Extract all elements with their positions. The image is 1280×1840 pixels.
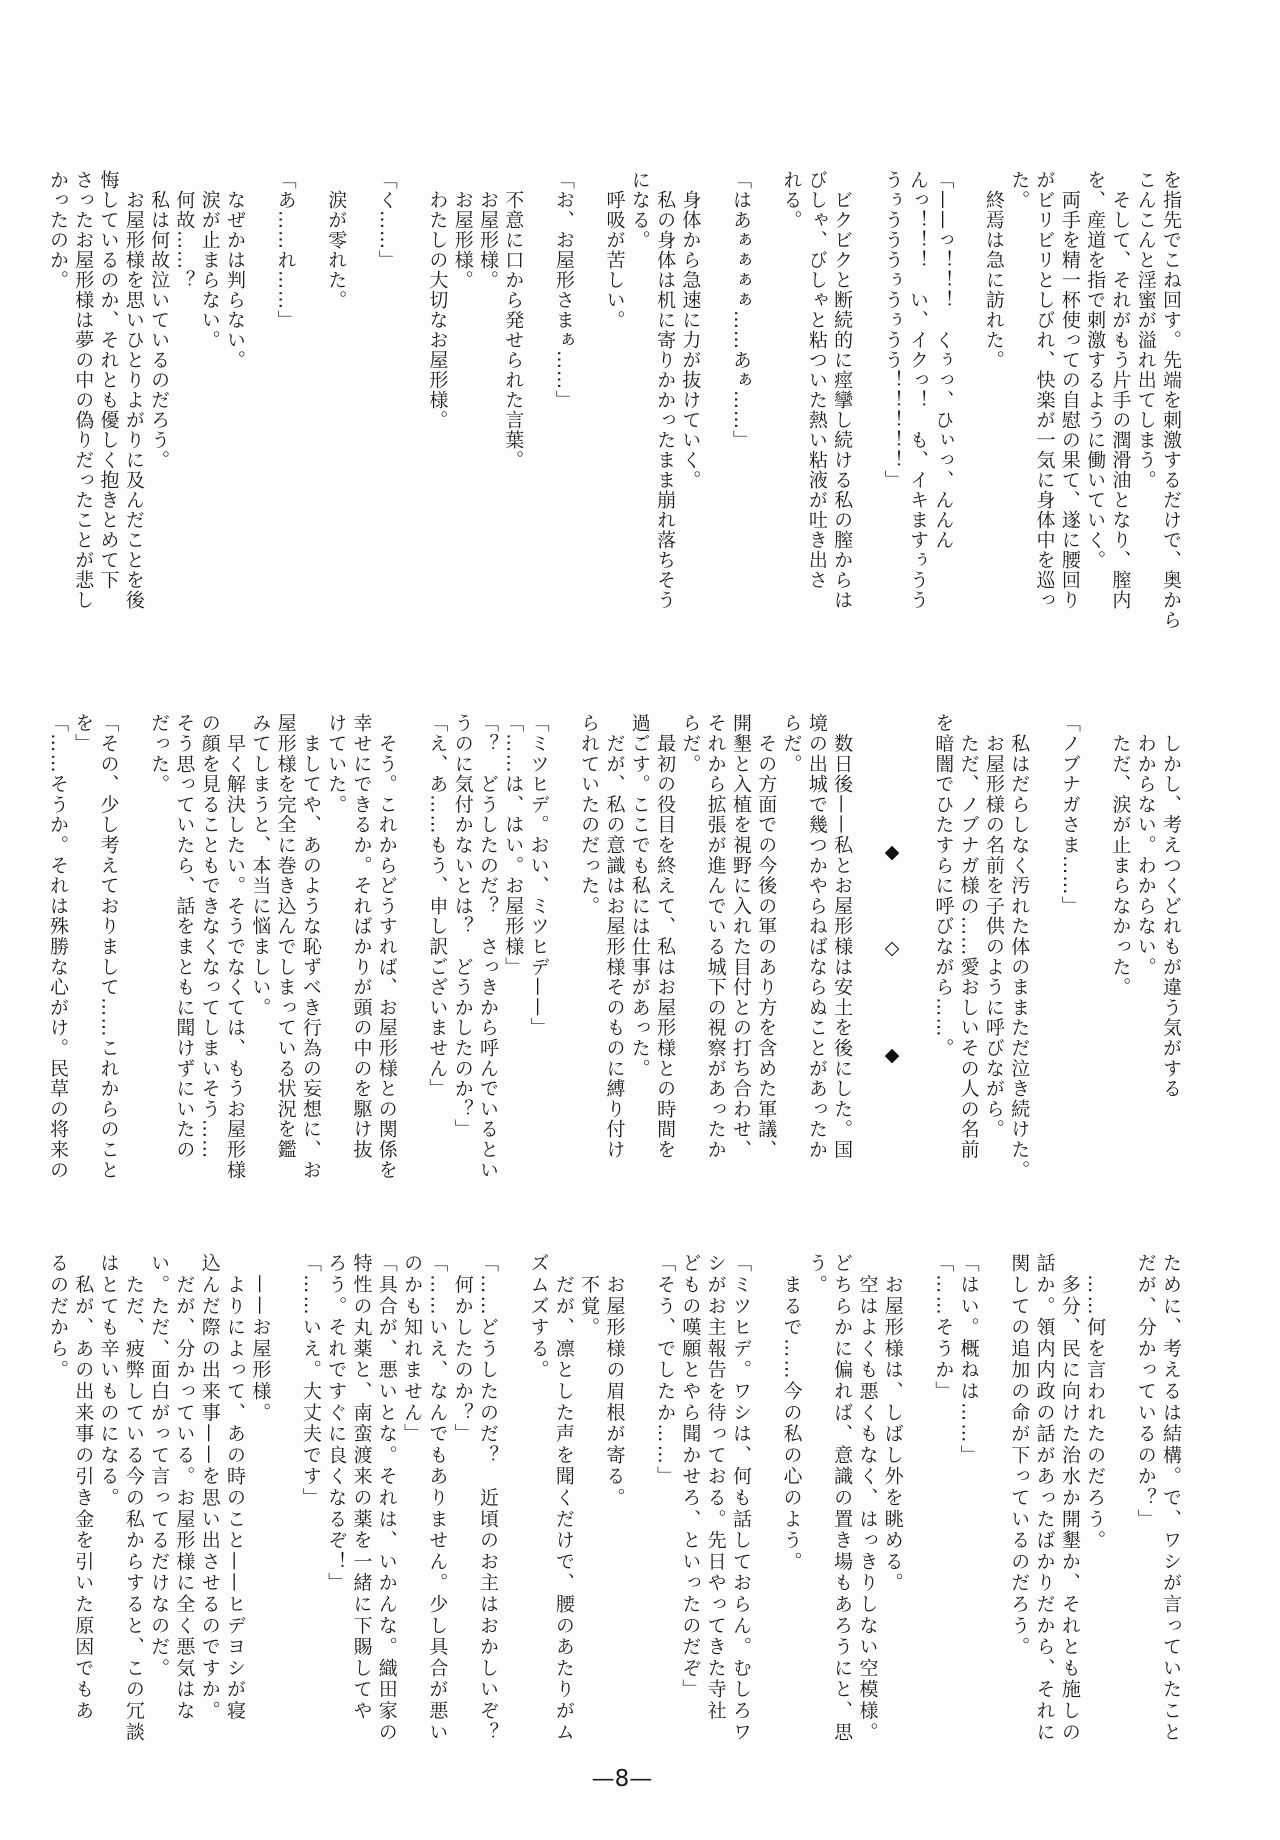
blank-column: [981, 1253, 1006, 1753]
text-column: う。: [804, 1253, 829, 1753]
text-column: 不意に口から発せられた言葉。: [500, 170, 525, 670]
text-column: わからない。わからない。: [1132, 713, 1157, 1213]
text-column: 呼吸が苦しい。: [601, 170, 626, 670]
separator-column: [879, 713, 904, 1213]
text-column: けていた。: [323, 713, 348, 1213]
hollow-diamond-icon: ◇: [882, 938, 902, 958]
blank-column: [854, 170, 879, 670]
text-column: 特性の丸薬と、南蛮渡来の薬を一緒に下賜してや: [348, 1253, 373, 1753]
text-column: のかも知れません」: [399, 1253, 424, 1753]
text-column: 話か。領内内政の話があったばかりだから、それに: [1031, 1253, 1056, 1753]
text-column: お屋形様を思いひとりよがりに及んだことを後: [121, 170, 146, 670]
lower-text-section: ために、考えるは結構。で、ワシが言っていたこと だが、分かっているのか？」 ………: [45, 1253, 1183, 1753]
text-column: ただ、疲弊している今の私からすると、この冗談: [121, 1253, 146, 1753]
blank-column: [298, 170, 323, 670]
text-column: どちらかに偏れば、意識の置き場もあろうにと、思: [829, 1253, 854, 1753]
text-column: 私が、あの出来事の引き金を引いた原因でもあ: [70, 1253, 95, 1753]
text-column: 何かしたのか？」: [449, 1253, 474, 1753]
text-column: 「……そうか」: [930, 1253, 955, 1753]
text-column: 「？ どうしたのだ？ さっきから呼んでいるとい: [475, 713, 500, 1213]
blank-column: [905, 713, 930, 1213]
blank-column: [1031, 713, 1056, 1213]
text-column: 終焉は急に訪れた。: [981, 170, 1006, 670]
blank-column: [626, 1253, 651, 1753]
text-column: らだ。: [778, 713, 803, 1213]
blank-column: [955, 170, 980, 670]
blank-column: [1107, 1253, 1132, 1753]
text-column: られていたのだった。: [576, 713, 601, 1213]
text-column: 開墾と入植を視野に入れた目付との打ち合わせ、: [728, 713, 753, 1213]
text-column: 「はあぁぁぁぁ……あぁ……」: [728, 170, 753, 670]
text-column: お屋形様は、しばし外を眺める。: [879, 1253, 904, 1753]
text-column: 屋形様を完全に巻き込んでしまっている状況を鑑: [272, 713, 297, 1213]
text-column: 「……どうしたのだ？ 近頃のお主はおかしいぞ？: [475, 1253, 500, 1753]
text-column: 両手を精一杯使っての自慰の果て、遂に腰回り: [1057, 170, 1082, 670]
text-column: 数日後——私とお屋形様は安土を後にした。国: [829, 713, 854, 1213]
text-column: 「……いえ。大丈夫です」: [298, 1253, 323, 1753]
text-column: 「……いえ、なんでもありません。少し具合が悪い: [424, 1253, 449, 1753]
blank-column: [348, 170, 373, 670]
text-column: 「はい。概ねは……」: [955, 1253, 980, 1753]
text-column: さったお屋形様は夢の中の偽りだったことが悲し: [70, 170, 95, 670]
text-column: を暗闇でひたすらに呼びながら……。: [930, 713, 955, 1213]
text-column: わたしの大切なお屋形様。: [424, 170, 449, 670]
text-column: 多分、民に向けた治水か開墾か、それとも施しの: [1057, 1253, 1082, 1753]
text-column: になる。: [626, 170, 651, 670]
text-column: しかし、考えつくどれもが違う気がする: [1158, 713, 1183, 1213]
text-column: みてしまうと、本当に悩ましい。: [247, 713, 272, 1213]
text-column: うのに気付かないとは？ どうかしたのか？」: [449, 713, 474, 1213]
text-column: 身体から急速に力が抜けていく。: [677, 170, 702, 670]
text-column: ましてや、あのような恥ずべき行為の妄想に、お: [298, 713, 323, 1213]
blank-column: [905, 1253, 930, 1753]
text-column: そう思っていたら、話をまともに聞けずにいたの: [171, 713, 196, 1213]
text-column: 「ミツヒデ。ワシは、何も話しておらん。むしろワ: [728, 1253, 753, 1753]
text-column: んっ！！！ い、イクっ！ も、イキますぅうう: [905, 170, 930, 670]
text-column: 何故……？: [171, 170, 196, 670]
text-column: そう。これからどうすれば、お屋形様との関係を: [374, 713, 399, 1213]
text-column: 「……は、はい。お屋形様」: [500, 713, 525, 1213]
text-column: はとても辛いものになる。: [95, 1253, 120, 1753]
blank-column: [854, 713, 879, 1213]
text-column: まるで……今の私の心のよう。: [778, 1253, 803, 1753]
text-column: お屋形様の名前を子供のように呼びながら。: [981, 713, 1006, 1213]
text-column: を指先でこね回す。先端を刺激するだけで、奥から: [1158, 170, 1183, 670]
blank-column: [121, 713, 146, 1213]
middle-text-section: しかし、考えつくどれもが違う気がする わからない。わからない。 ただ、涙が止まら…: [45, 713, 1183, 1213]
text-column: お屋形様。: [449, 170, 474, 670]
text-column: 「あ……れ……」: [272, 170, 297, 670]
text-column: 悔しているのか、それとも優しく抱きとめて下: [95, 170, 120, 670]
text-column: 「その、少し考えておりまして……これからのこと: [95, 713, 120, 1213]
text-column: 早く解決したい。そうでなくては、もうお屋形様: [222, 713, 247, 1213]
text-column: ただ、ノブナガ様の……愛おしいその人の名前: [955, 713, 980, 1213]
text-column: シがお主報告を待っておる。先日やってきた寺社: [702, 1253, 727, 1753]
text-column: それから拡張が進んでいる城下の視察があったか: [702, 713, 727, 1213]
upper-text-section: を指先でこね回す。先端を刺激するだけで、奥から こんこんと淫蜜が溢れ出てしまう。…: [45, 170, 1183, 670]
text-column: 「お、お屋形さまぁ……」: [551, 170, 576, 670]
text-column: どもの嘆願とやら聞かせろ、といったのだぞ」: [677, 1253, 702, 1753]
text-column: 「ミツヒデ。おい、ミツヒデ——」: [525, 713, 550, 1213]
text-column: お屋形様の眉根が寄る。: [601, 1253, 626, 1753]
text-column: 空はよくも悪くもなく、はっきりしない空模様。: [854, 1253, 879, 1753]
text-column: 幸せにできるか。そればかりが頭の中のを駆け抜: [348, 713, 373, 1213]
text-column: ろう。それですぐに良くなるぞ！」: [323, 1253, 348, 1753]
text-column: お屋形様。: [475, 170, 500, 670]
filled-diamond-icon: ◆: [882, 1045, 902, 1065]
text-column: 「く……」: [374, 170, 399, 670]
text-column: ために、考えるは結構。で、ワシが言っていたこと: [1158, 1253, 1183, 1753]
text-column: を、産道を指で刺激するように働いていく。: [1082, 170, 1107, 670]
text-column: 関しての追加の命が下っているのだろう。: [1006, 1253, 1031, 1753]
text-column: 「そう、でしたか……」: [652, 1253, 677, 1753]
text-column: 私はだらしなく汚れた体のままただ泣き続けた。: [1006, 713, 1031, 1213]
text-column: れる。: [778, 170, 803, 670]
text-column: の顔を見ることもできなくなってしまいそう……: [196, 713, 221, 1213]
blank-column: [525, 170, 550, 670]
blank-column: [399, 713, 424, 1213]
text-column: らだ。: [677, 713, 702, 1213]
text-column: その方面での今後の軍のあり方を含めた軍議、: [753, 713, 778, 1213]
text-column: がビリビリとしびれ、快楽が一気に身体中を巡っ: [1031, 170, 1056, 670]
blank-column: [247, 170, 272, 670]
text-column: 過ごす。ここでも私には仕事があった。: [626, 713, 651, 1213]
blank-column: [551, 713, 576, 1213]
blank-column: [272, 1253, 297, 1753]
text-column: びしゃ、びしゃと粘ついた熱い粘液が吐き出さ: [804, 170, 829, 670]
blank-column: [500, 1253, 525, 1753]
page-number: —8—: [560, 1765, 684, 1793]
text-column: うぅうううぅうぅうう！！！！！」: [879, 170, 904, 670]
text-column: 最初の役目を終えて、私はお屋形様との時間を: [652, 713, 677, 1213]
text-column: 涙が止まらない。: [196, 170, 221, 670]
text-column: 私は何故泣いているのだろう。: [146, 170, 171, 670]
text-column: ……何を言われたのだろう。: [1082, 1253, 1107, 1753]
text-column: だが、私の意識はお屋形様そのものに縛り付け: [601, 713, 626, 1213]
text-column: こんこんと淫蜜が溢れ出てしまう。: [1132, 170, 1157, 670]
text-column: だった。: [146, 713, 171, 1213]
text-column: よりによって、あの時のこと——ヒデヨシが寝: [222, 1253, 247, 1753]
filled-diamond-icon: ◆: [882, 842, 902, 862]
text-column: 境の出城で幾つかやらねばならぬことがあったか: [804, 713, 829, 1213]
text-column: るのだから。: [45, 1253, 70, 1753]
text-column: だが、凛とした声を聞くだけで、腰のあたりがム: [551, 1253, 576, 1753]
text-column: 涙が零れた。: [323, 170, 348, 670]
book-page: を指先でこね回す。先端を刺激するだけで、奥から こんこんと淫蜜が溢れ出てしまう。…: [0, 0, 1280, 1840]
text-column: ズムズする。: [525, 1253, 550, 1753]
blank-column: [576, 170, 601, 670]
text-column: かったのか。: [45, 170, 70, 670]
text-column: 「具合が、悪いとな。それは、いかんな。織田家の: [374, 1253, 399, 1753]
text-column: そして、それがもう片手の潤滑油となり、膣内: [1107, 170, 1132, 670]
text-column: 「……そうか。それは殊勝な心がけ。民草の将来の: [45, 713, 70, 1213]
text-column: ただ、涙が止まらなかった。: [1107, 713, 1132, 1213]
text-column: だが、分かっているのか？」: [1132, 1253, 1157, 1753]
text-column: だが、分かっている。お屋形様に全く悪気はな: [171, 1253, 196, 1753]
blank-column: [753, 170, 778, 670]
text-column: 私の身体は机に寄りかかったまま崩れ落ちそう: [652, 170, 677, 670]
text-column: を」: [70, 713, 95, 1213]
text-column: た。: [1006, 170, 1031, 670]
text-column: 「ノブナガさま……」: [1057, 713, 1082, 1213]
text-column: 不覚。: [576, 1253, 601, 1753]
blank-column: [399, 170, 424, 670]
blank-column: [702, 170, 727, 670]
text-column: い。ただ、面白がって言ってるだけなのだ。: [146, 1253, 171, 1753]
blank-column: [1082, 713, 1107, 1213]
text-column: 込んだ際の出来事——を思い出させるのですか。: [196, 1253, 221, 1753]
text-column: なぜかは判らない。: [222, 170, 247, 670]
text-column: ビクビクと断続的に痙攣し続ける私の膣からは: [829, 170, 854, 670]
text-column: 「え、あ……もう、申し訳ございません」: [424, 713, 449, 1213]
blank-column: [753, 1253, 778, 1753]
text-column: 「——っ！！！ くぅっ、ひぃっ、んんん: [930, 170, 955, 670]
text-column: ——お屋形様。: [247, 1253, 272, 1753]
